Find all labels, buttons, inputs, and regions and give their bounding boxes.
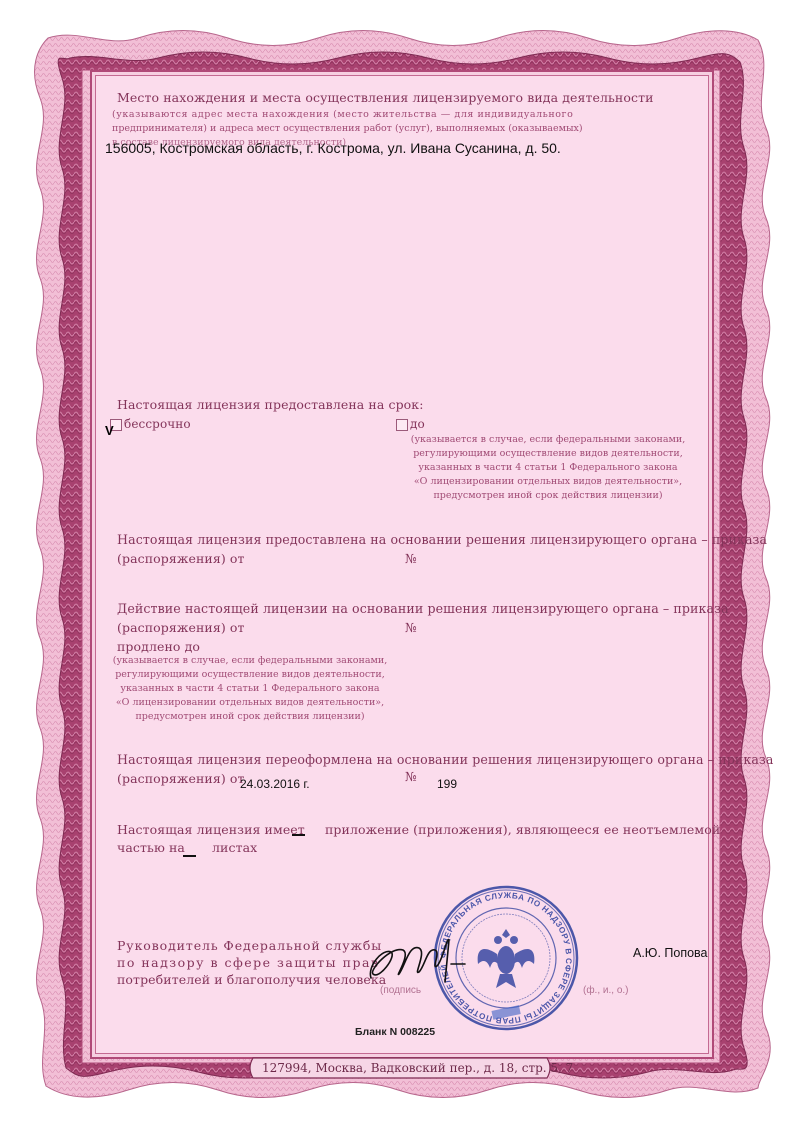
reissued-line-1: Настоящая лицензия переоформлена на осно… [117, 752, 774, 767]
term-heading: Настоящая лицензия предоставлена на срок… [117, 397, 424, 412]
granted-number-label: № [405, 551, 417, 566]
footer-address: 127994, Москва, Вадковский пер., д. 18, … [262, 1061, 573, 1075]
address-hint-2: предпринимателя) и адреса мест осуществл… [112, 122, 583, 136]
appendix-line-2b: листах [212, 840, 257, 855]
appendix-line-1a: Настоящая лицензия имеет [117, 822, 305, 837]
blank-number: Бланк N 008225 [355, 1026, 435, 1038]
appendix-line-2a: частью на [117, 840, 185, 855]
appendix-line-1b: приложение (приложения), являющееся ее н… [325, 822, 720, 837]
term-note-line: (указывается в случае, если федеральными… [398, 433, 698, 447]
extended-line-2: (распоряжения) от [117, 620, 245, 635]
term-note: (указывается в случае, если федеральными… [398, 433, 698, 503]
reissued-date-value: 24.03.2016 г. [240, 777, 310, 791]
extended-note-line: указанных в части 4 статьи 1 Федеральног… [100, 682, 400, 696]
extended-note: (указывается в случае, если федеральными… [100, 654, 400, 724]
extended-note-line: «О лицензировании отдельных видов деятел… [100, 696, 400, 710]
granted-line-1: Настоящая лицензия предоставлена на осно… [117, 532, 767, 547]
term-note-line: предусмотрен иной срок действия лицензии… [398, 489, 698, 503]
position-line-3: потребителей и благополучия человека [117, 972, 386, 987]
position-line-1: Руководитель Федеральной службы [117, 938, 382, 953]
term-note-line: «О лицензировании отдельных видов деятел… [398, 475, 698, 489]
extended-note-line: предусмотрен иной срок действия лицензии… [100, 710, 400, 724]
until-label: до [410, 417, 425, 431]
check-mark-icon: V [105, 423, 114, 438]
address-hint-1: (указываются адрес места нахождения (мес… [112, 108, 573, 122]
address-heading: Место нахождения и места осуществления л… [117, 90, 654, 105]
address-value: 156005, Костромская область, г. Кострома… [105, 140, 561, 156]
name-label: (ф., и., о.) [583, 985, 628, 996]
term-note-line: регулирующими осуществление видов деятел… [398, 447, 698, 461]
until-checkbox[interactable] [396, 419, 408, 431]
extended-until-label: продлено до [117, 639, 200, 654]
reissued-number-value: 199 [437, 777, 457, 791]
appendix-count-dash [292, 834, 305, 836]
granted-line-2: (распоряжения) от [117, 551, 245, 566]
extended-line-1: Действие настоящей лицензии на основании… [117, 601, 729, 616]
sheet-count-dash [183, 855, 196, 857]
extended-number-label: № [405, 620, 417, 635]
extended-note-line: регулирующими осуществление видов деятел… [100, 668, 400, 682]
extended-note-line: (указывается в случае, если федеральными… [100, 654, 400, 668]
reissued-line-2: (распоряжения) от [117, 771, 245, 786]
unlimited-label: бессрочно [124, 417, 191, 431]
term-note-line: указанных в части 4 статьи 1 Федеральног… [398, 461, 698, 475]
signatory-name: А.Ю. Попова [633, 946, 708, 960]
reissued-number-label: № [405, 769, 417, 784]
position-line-2: по надзору в сфере защиты прав [117, 955, 379, 970]
signature-scribble-icon [365, 930, 475, 990]
